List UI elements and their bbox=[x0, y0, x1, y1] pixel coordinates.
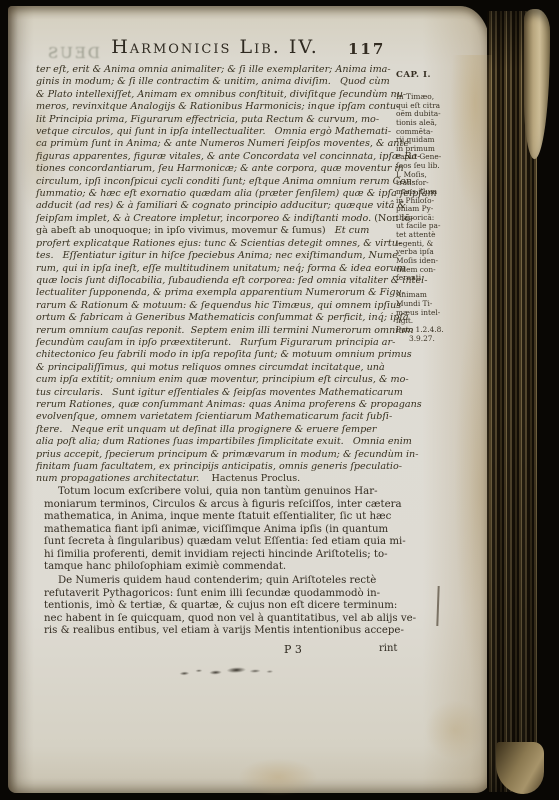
text-line: mathematica fiant ipſi animæ, viciſſimqu… bbox=[44, 524, 396, 537]
text-line: ſunt ſecreta à ſingularibus) quædam velu… bbox=[44, 536, 396, 549]
text-line: prius accepit, ſpecierum principum & pri… bbox=[36, 449, 396, 461]
text-line: hi ſimilia proferenti, demit invidiam re… bbox=[44, 549, 396, 562]
text-line: Totum locum exſcribere volui, quia non t… bbox=[44, 486, 396, 499]
text-line: gà abeſt ab unoquoque; in ipſo vivimus, … bbox=[36, 225, 396, 237]
text-line: chitectonico ſeu fabrili modo in ipſa re… bbox=[36, 349, 396, 361]
text-line: ſeipſam implet, & à Creatore impletur, i… bbox=[36, 213, 396, 225]
text-line: adducit (ad res) & à familiari & cognato… bbox=[36, 200, 396, 212]
book-photo: DEUS Harmonicis Lib. IV. 117 CAP. I. In … bbox=[0, 0, 559, 800]
paragraph-totum-locum: Totum locum exſcribere volui, quia non t… bbox=[44, 486, 396, 574]
text-line: vetque circulos, qui ſunt in ipſa intell… bbox=[36, 126, 396, 138]
text-line: ſecundùm cauſam in ipſo præextiterunt. R… bbox=[36, 337, 396, 349]
page-number: 117 bbox=[348, 40, 385, 58]
text-line: evolvenſque, omnem varietatem ſcientiaru… bbox=[36, 411, 396, 423]
text-line: tes. Eſſentiatur igitur in hiſce ſpecieb… bbox=[36, 250, 396, 262]
text-line: ſummatio; & hæc eſt exornatio quædam ali… bbox=[36, 188, 396, 200]
text-line: figuras apparentes, figuræ vitales, & an… bbox=[36, 151, 396, 163]
text-line: lit Principia prima, Figurarum effectric… bbox=[36, 114, 396, 126]
text-line: meros, revinxitque Analogijs & Rationibu… bbox=[36, 101, 396, 113]
text-line: ſtere. Neque erit unquam ut deſinat illa… bbox=[36, 424, 396, 436]
text-line: ris & realibus entibus, vel etiam à vari… bbox=[44, 625, 396, 638]
text-line: rerum omnium cauſas reponit. Septem enim… bbox=[36, 325, 396, 337]
text-line: 3.9.27. bbox=[396, 335, 462, 344]
text-line: ginis in modum; & ſi ille contractim & u… bbox=[36, 76, 396, 88]
text-line: num propagationes architectatur. Hactenu… bbox=[36, 473, 396, 485]
text-line: refutaverit Pythagoricos: ſunt enim illi… bbox=[44, 588, 396, 601]
text-line: tus circularis. Sunt igitur eſſentiales … bbox=[36, 387, 396, 399]
text-line: mathematica, in Anima, inque mente ſtatu… bbox=[44, 511, 396, 524]
text-line: moniarum terminos, Circulos & arcus à fi… bbox=[44, 499, 396, 512]
page-curl-top-right bbox=[524, 9, 550, 159]
running-header: Harmonicis Lib. IV. bbox=[70, 36, 360, 58]
proclus-quotation-block: ter eſt, erit & Anima omnia animaliter; … bbox=[36, 64, 396, 486]
text-line: De Numeris quidem haud contenderim; quin… bbox=[44, 575, 396, 588]
text-line: ca primùm ſunt in Anima; & ante Numeros … bbox=[36, 138, 396, 150]
text-line: quæ locis ſunt diſlocabilia, ſubaudienda… bbox=[36, 275, 396, 287]
text-line: rerum Rationes, quæ conſummant Animas: q… bbox=[36, 399, 396, 411]
text-line: finitam ſuam facultatem, ex principijs a… bbox=[36, 461, 396, 473]
paragraph-de-numeris: De Numeris quidem haud contenderim; quin… bbox=[44, 575, 396, 638]
text-line: circulum, ipſi inconſpicui cycli conditi… bbox=[36, 176, 396, 188]
text-line: & Plato intellexiſſet, Animam ex omnibus… bbox=[36, 89, 396, 101]
text-line: lectualiter ſupponenda, & prima exempla … bbox=[36, 287, 396, 299]
text-line: ortum & fabricam à Generibus Mathematici… bbox=[36, 312, 396, 324]
text-line: tentionis, imò & tertiæ, & quartæ, & cuj… bbox=[44, 600, 396, 613]
text-line: nec habent in ſe quicquam, quod non vel … bbox=[44, 613, 396, 626]
signature-mark: P 3 bbox=[284, 643, 302, 656]
text-line: cum ipſa extitit; omnium enim quæ movent… bbox=[36, 374, 396, 386]
text-line: rum, qui in ipſa ineſt, eſſe multitudine… bbox=[36, 263, 396, 275]
text-line: profert explicatque Rationes ejus: tunc … bbox=[36, 238, 396, 250]
text-line: ter eſt, erit & Anima omnia animaliter; … bbox=[36, 64, 396, 76]
catchword: rint bbox=[379, 643, 397, 654]
text-line: tiones concordantiarum, ſeu Harmonicæ; &… bbox=[36, 163, 396, 175]
text-line: tamque hanc philoſophiam eximiè commenda… bbox=[44, 561, 396, 574]
chapter-label: CAP. I. bbox=[396, 70, 431, 80]
text-line: & principaliſſimus, qui motus reliquos o… bbox=[36, 362, 396, 374]
text-line: rarum & Rationum & motuum: & ſequendus h… bbox=[36, 300, 396, 312]
text-line: alia poſt alia; dum Rationes ſuas impart… bbox=[36, 436, 396, 448]
